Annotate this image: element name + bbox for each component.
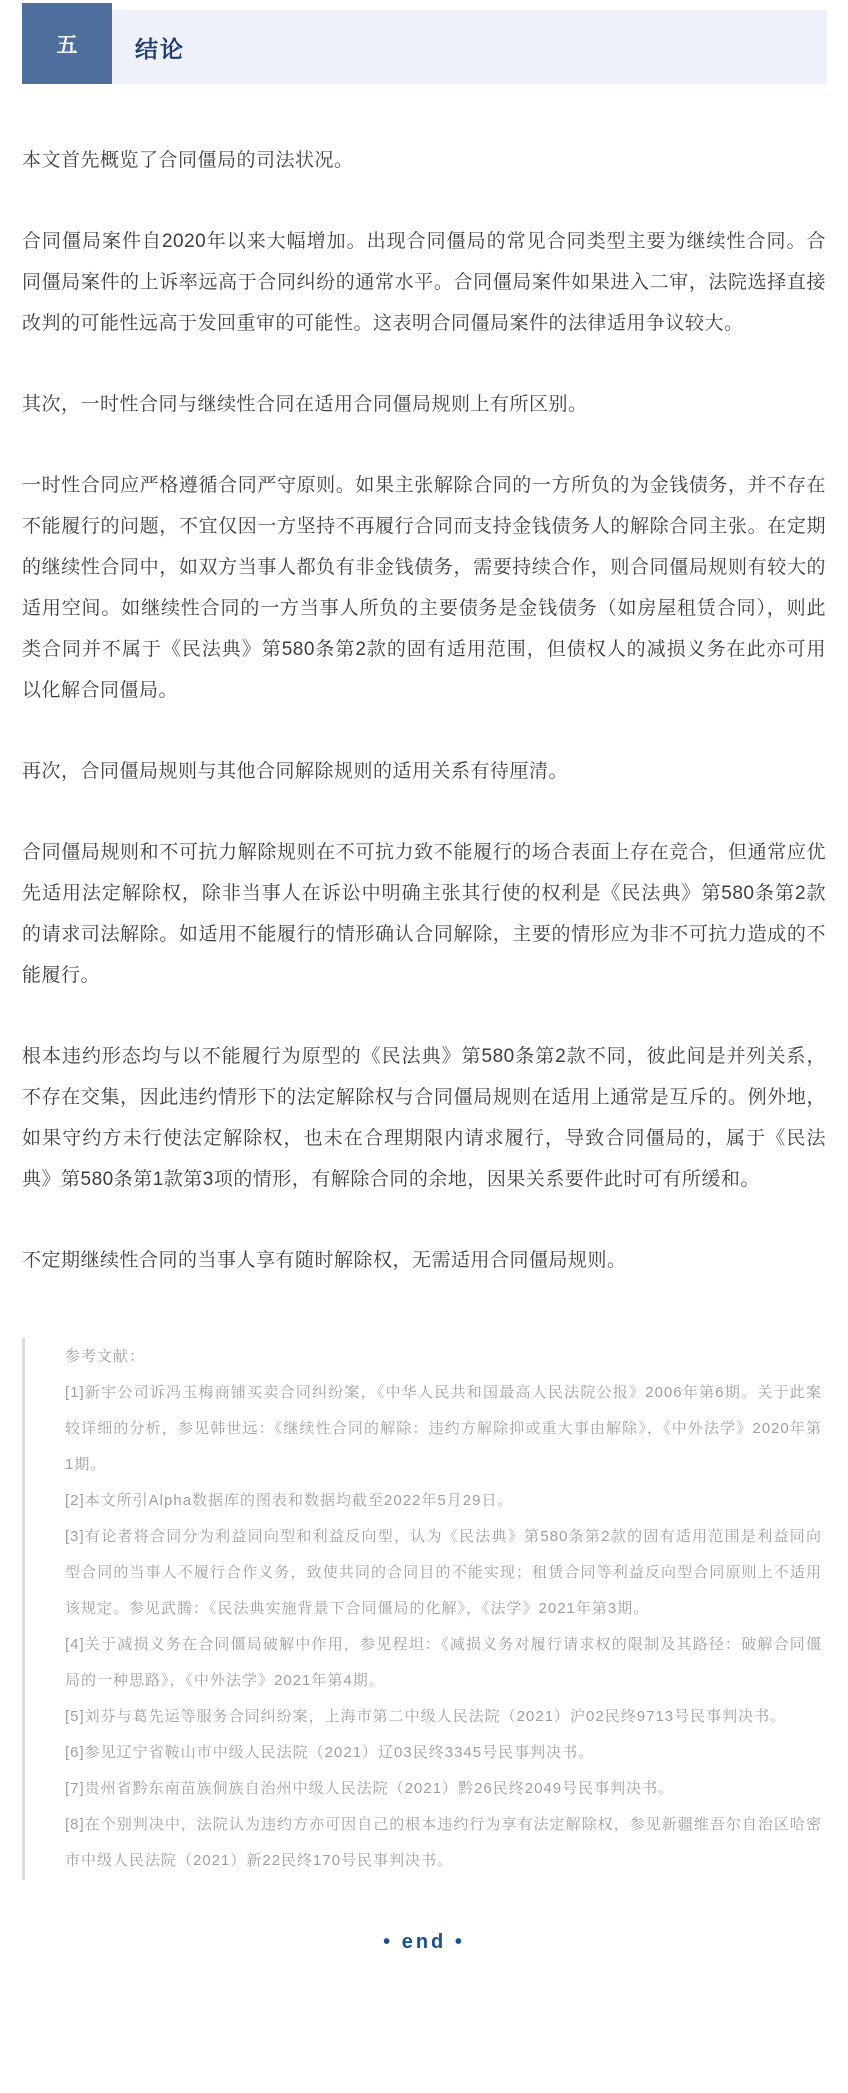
section-header: 五 结论	[22, 3, 827, 84]
reference-item-2: [2]本文所引Alpha数据库的图表和数据均截至2022年5月29日。	[65, 1483, 822, 1519]
section-number: 五	[57, 29, 78, 59]
reference-item-5: [5]刘芬与葛先运等服务合同纠纷案，上海市第二中级人民法院（2021）沪02民终…	[65, 1699, 822, 1735]
paragraph-fundamental-breach: 根本违约形态均与以不能履行为原型的《民法典》第580条第2款不同，彼此间是并列关…	[22, 1036, 826, 1200]
reference-item-8: [8]在个别判决中，法院认为违约方亦可因自己的根本违约行为享有法定解除权，参见新…	[65, 1807, 822, 1879]
article-body: 本文首先概览了合同僵局的司法状况。 合同僵局案件自2020年以来大幅增加。出现合…	[0, 84, 848, 2036]
references-label: 参考文献：	[65, 1339, 822, 1375]
section-number-box: 五	[22, 3, 112, 84]
end-marker: • end •	[22, 1928, 826, 1956]
paragraph-secondly: 其次，一时性合同与继续性合同在适用合同僵局规则上有所区别。	[22, 384, 826, 425]
reference-item-1: [1]新宇公司诉冯玉梅商铺买卖合同纠纷案，《中华人民共和国最高人民法院公报》20…	[65, 1375, 822, 1483]
references-block: 参考文献： [1]新宇公司诉冯玉梅商铺买卖合同纠纷案，《中华人民共和国最高人民法…	[22, 1338, 826, 1880]
section-title-bar: 结论	[112, 10, 827, 84]
paragraph-contract-types: 一时性合同应严格遵循合同严守原则。如果主张解除合同的一方所负的为金钱债务，并不存…	[22, 465, 826, 711]
paragraph-force-majeure: 合同僵局规则和不可抗力解除规则在不可抗力致不能履行的场合表面上存在竞合，但通常应…	[22, 832, 826, 996]
article-page: 五 结论 本文首先概览了合同僵局的司法状况。 合同僵局案件自2020年以来大幅增…	[0, 0, 848, 2093]
section-title: 结论	[135, 31, 185, 64]
paragraph-thirdly: 再次，合同僵局规则与其他合同解除规则的适用关系有待厘清。	[22, 751, 826, 792]
paragraph-intro: 本文首先概览了合同僵局的司法状况。	[22, 140, 826, 181]
reference-item-3: [3]有论者将合同分为利益同向型和利益反向型，认为《民法典》第580条第2款的固…	[65, 1519, 822, 1627]
paragraph-case-trends: 合同僵局案件自2020年以来大幅增加。出现合同僵局的常见合同类型主要为继续性合同…	[22, 221, 826, 344]
paragraph-indefinite-contracts: 不定期继续性合同的当事人享有随时解除权，无需适用合同僵局规则。	[22, 1240, 826, 1281]
reference-item-7: [7]贵州省黔东南苗族侗族自治州中级人民法院（2021）黔26民终2049号民事…	[65, 1771, 822, 1807]
reference-item-6: [6]参见辽宁省鞍山市中级人民法院（2021）辽03民终3345号民事判决书。	[65, 1735, 822, 1771]
reference-item-4: [4]关于减损义务在合同僵局破解中作用，参见程坦：《减损义务对履行请求权的限制及…	[65, 1627, 822, 1699]
